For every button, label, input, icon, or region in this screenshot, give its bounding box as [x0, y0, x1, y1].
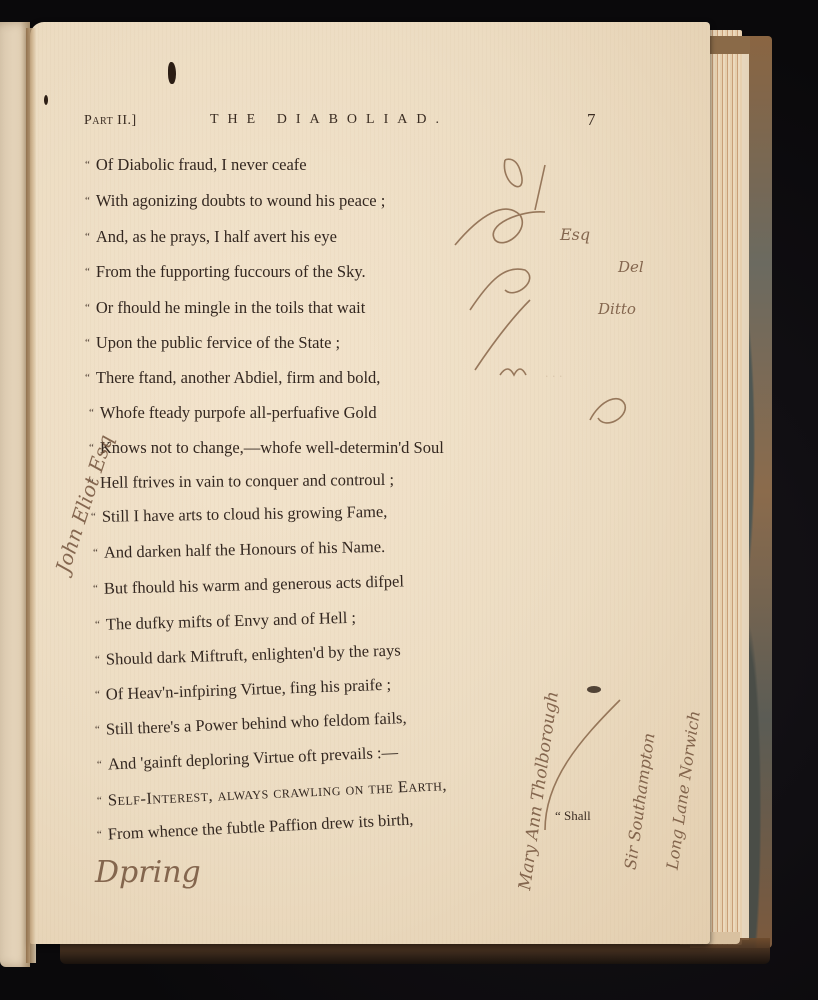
verse-line: “Of Diabolic fraud, I never ceafe — [85, 155, 307, 175]
quote-mark: “ — [95, 654, 100, 666]
verse-line: “Upon the public fervice of the State ; — [85, 333, 340, 353]
quote-mark: “ — [85, 266, 90, 278]
quote-mark: “ — [97, 795, 102, 807]
page-number: 7 — [587, 110, 596, 130]
handwritten-flourish-bottom: Dpring — [95, 855, 201, 890]
ink-blot — [587, 686, 601, 693]
bleed-through-text: · · · — [545, 370, 562, 383]
quote-mark: “ — [93, 547, 98, 559]
running-title: THE DIABOLIAD. — [210, 112, 448, 128]
ink-blot — [168, 62, 176, 84]
quote-mark: “ — [85, 337, 90, 349]
quote-mark: “ — [95, 619, 100, 631]
part-label: Part II.] — [84, 113, 137, 129]
handwritten-note-esq: Esq — [560, 225, 590, 244]
quote-mark: “ — [85, 159, 90, 171]
gutter-shadow — [26, 28, 36, 963]
verse-line: “There ftand, another Abdiel, firm and b… — [85, 368, 380, 388]
catchword: “ Shall — [555, 808, 591, 824]
verse-line: “Knows not to change,—whofe well-determi… — [89, 438, 444, 458]
quote-mark: “ — [85, 302, 90, 314]
verse-line: “Whofe fteady purpofe all-perfuafive Gol… — [89, 403, 377, 423]
verse-line: “Hell ftrives in vain to conquer and con… — [89, 470, 394, 493]
handwritten-note-ditto: Ditto — [598, 300, 636, 318]
quote-mark: “ — [85, 231, 90, 243]
quote-mark: “ — [97, 829, 102, 841]
quote-mark: “ — [95, 689, 100, 701]
photo-scene: Part II.] THE DIABOLIAD. 7 “Of Diabolic … — [0, 0, 818, 1000]
verse-line: “From the fupporting fuccours of the Sky… — [85, 262, 366, 282]
quote-mark: “ — [85, 195, 90, 207]
quote-mark: “ — [93, 583, 98, 595]
quote-mark: “ — [97, 759, 102, 771]
quote-mark: “ — [95, 724, 100, 736]
ink-blot — [44, 95, 48, 105]
quote-mark: “ — [89, 407, 94, 419]
verse-line: “And, as he prays, I half avert his eye — [85, 227, 337, 247]
quote-mark: “ — [85, 372, 90, 384]
handwritten-note-del: Del — [618, 258, 644, 276]
verse-line: “Or fhould he mingle in the toils that w… — [85, 298, 365, 318]
verse-line: “With agonizing doubts to wound his peac… — [85, 191, 385, 211]
